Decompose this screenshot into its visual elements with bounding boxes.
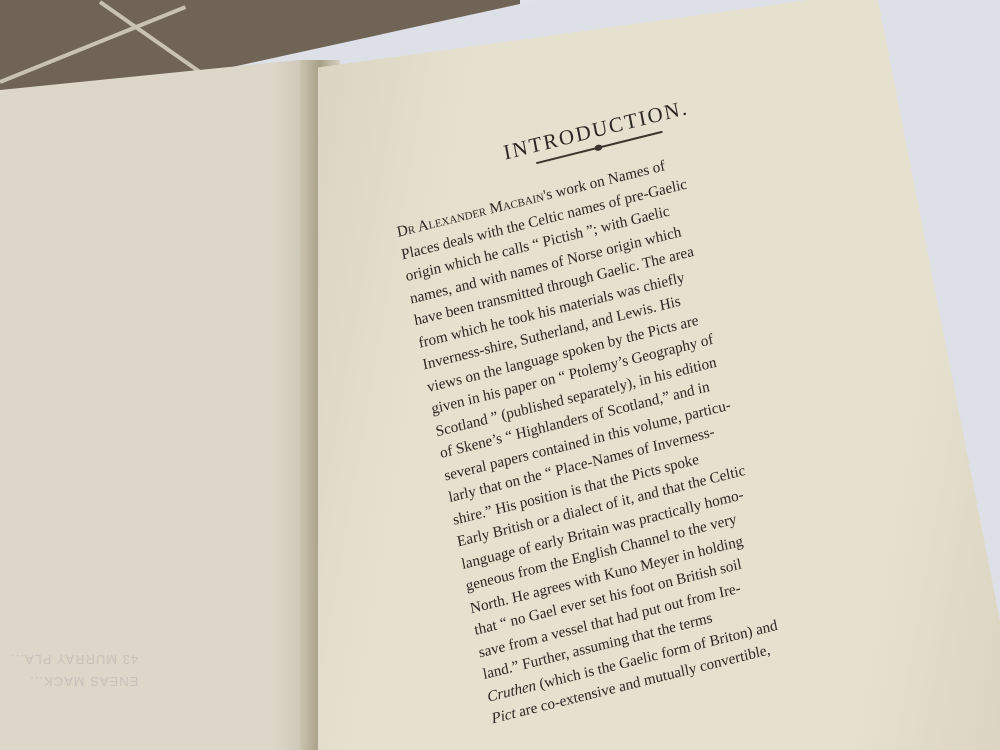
faded-stamp-bleedthrough: ENEAS MACK... 43 MURRAY PLA... (10, 648, 138, 692)
left-page-shade (0, 0, 340, 750)
